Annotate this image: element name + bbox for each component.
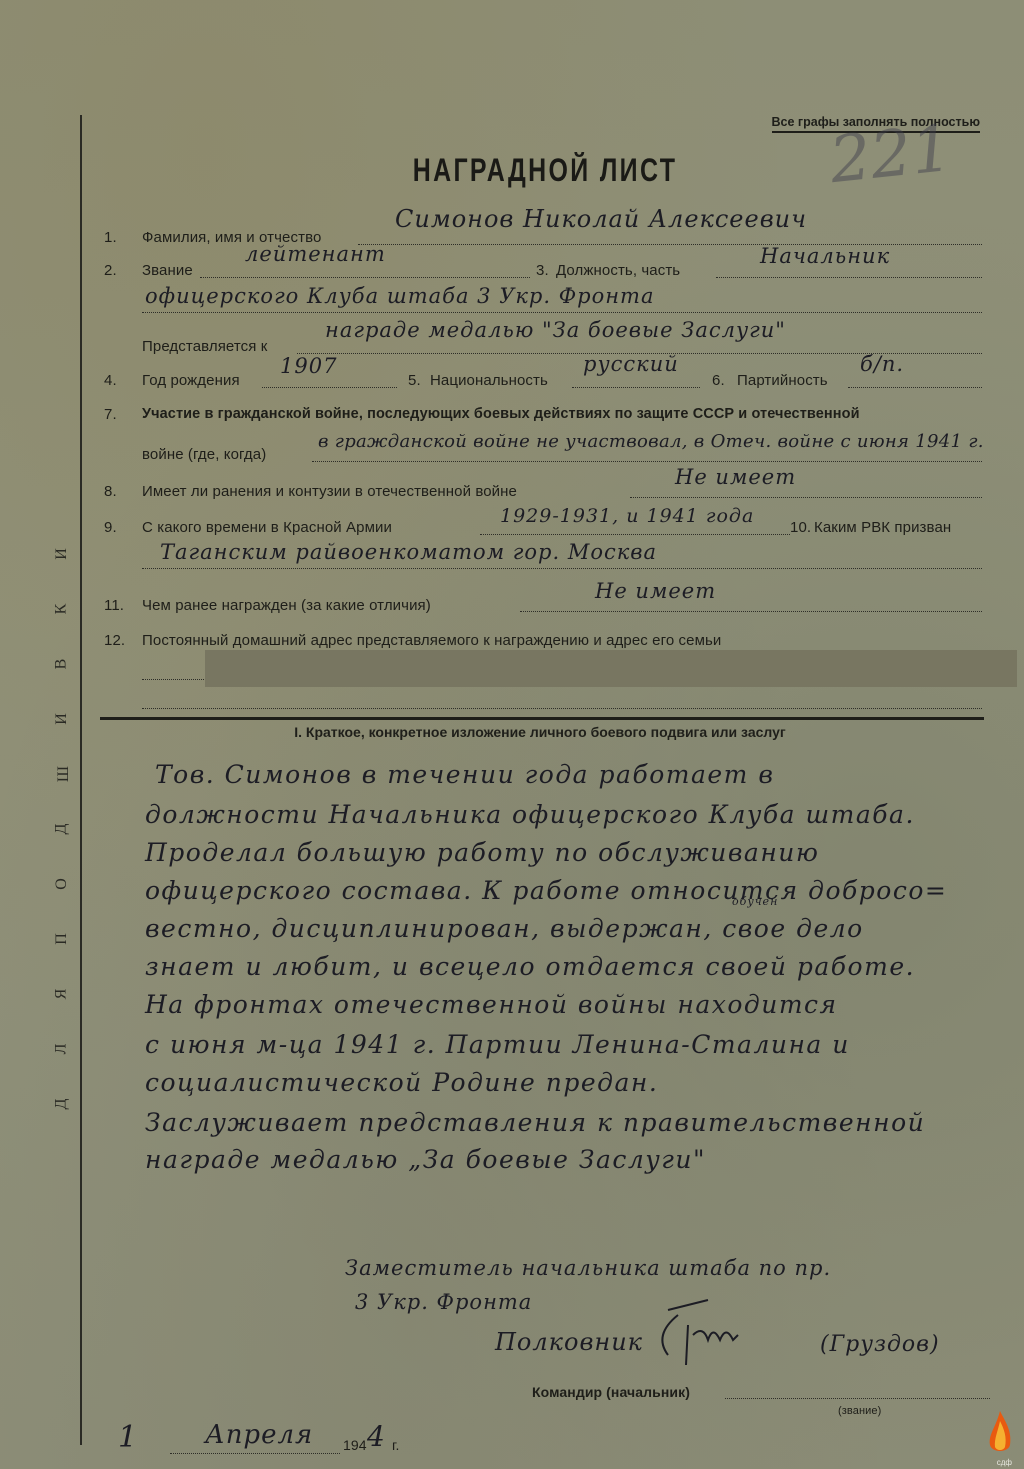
field-9-num: 9. [104, 519, 117, 536]
date-month: Апреля [205, 1420, 313, 1450]
margin-letter: Я [52, 989, 70, 1000]
redacted-address-bar [205, 650, 1017, 687]
field-8-num: 8. [104, 483, 117, 500]
margin-letter: К [52, 604, 70, 615]
field-4-num: 4. [104, 372, 117, 389]
field-3-label: Должность, часть [556, 262, 680, 279]
insertion-note: обучен [732, 895, 778, 908]
field-3-num: 3. [536, 262, 549, 279]
field-7-label: Участие в гражданской войне, последующих… [142, 406, 860, 422]
merit-text-line: На фронтах отечественной войны находится [145, 990, 838, 1019]
field-3-value: Начальник [760, 244, 890, 268]
field-7-label-2: войне (где, когда) [142, 446, 266, 463]
field-9-label: С какого времени в Красной Армии [142, 519, 392, 536]
margin-letter: И [53, 548, 71, 560]
flame-logo-icon [982, 1409, 1018, 1459]
field-7-value: в гражданской войне не участвовал, в Оте… [318, 431, 984, 452]
margin-letter: П [53, 933, 71, 945]
merit-text-line: Тов. Симонов в течении года работает в [155, 760, 774, 789]
field-2-label: Звание [142, 262, 193, 279]
margin-letter: Д [52, 1099, 70, 1110]
margin-letter: Л [52, 1044, 70, 1055]
watermark-text: сдф [997, 1458, 1012, 1467]
section-divider [100, 717, 984, 720]
field-5-num: 5. [408, 372, 421, 389]
merit-text-line: награде медалью „За боевые Заслуги" [145, 1145, 706, 1174]
field-4-label: Год рождения [142, 372, 240, 389]
signer-position-line1: Заместитель начальника штаба по пр. [345, 1256, 831, 1280]
field-2-value: лейтенант [245, 242, 386, 266]
field-6-value: б/п. [860, 352, 904, 376]
margin-letter: Д [52, 824, 70, 835]
field-5-label: Национальность [430, 372, 548, 389]
presented-value: награде медалью "За боевые Заслуги" [325, 318, 786, 342]
signer-position-line2: 3 Укр. Фронта [355, 1290, 532, 1314]
date-day: 1 [118, 1420, 138, 1455]
field-5-value: русский [583, 352, 679, 376]
date-year-digit: 4 [367, 1420, 386, 1453]
field-11-num: 11. [104, 597, 124, 614]
signature-scribble [648, 1295, 748, 1375]
commander-label: Командир (начальник) [532, 1384, 690, 1400]
field-2-num: 2. [104, 262, 117, 279]
date-year-prefix: 194 [343, 1437, 367, 1453]
merit-text-line: с июня м-ца 1941 г. Партии Ленина-Сталин… [145, 1030, 850, 1059]
merit-text-line: должности Начальника офицерского Клуба ш… [145, 800, 915, 829]
section-heading: I. Краткое, конкретное изложение личного… [0, 724, 1024, 740]
merit-text-line: Заслуживает представления к правительств… [145, 1108, 925, 1137]
date-suffix: г. [392, 1437, 400, 1453]
field-10-num: 10. [790, 519, 811, 536]
rank-caption: (звание) [838, 1405, 881, 1417]
merit-text-line: Проделал большую работу по обслуживанию [145, 838, 819, 867]
field-8-value: Не имеет [675, 465, 796, 489]
field-7-num: 7. [104, 406, 117, 423]
field-6-num: 6. [712, 372, 725, 389]
merit-text-line: знает и любит, и всецело отдается своей … [145, 952, 915, 981]
presented-label: Представляется к [142, 338, 267, 355]
field-1-value: Симонов Николай Алексеевич [395, 205, 807, 233]
merit-text-line: вестно, дисциплинирован, выдержан, свое … [145, 914, 864, 943]
field-11-label: Чем ранее награжден (за какие отличия) [142, 597, 431, 614]
field-10-value: Таганским райвоенкоматом гор. Москва [160, 540, 657, 564]
signer-name: (Груздов) [820, 1332, 940, 1357]
merit-text-line: социалистической Родине предан. [145, 1068, 658, 1097]
field-8-label: Имеет ли ранения и контузии в отечествен… [142, 483, 517, 500]
field-11-value: Не имеет [595, 579, 716, 603]
signer-rank: Полковник [495, 1328, 643, 1356]
margin-letter: В [52, 659, 70, 670]
margin-letter: О [53, 878, 71, 890]
field-1-num: 1. [104, 229, 117, 246]
merit-text-line: офицерского состава. К работе относится … [145, 876, 947, 905]
field-12-num: 12. [104, 632, 125, 649]
field-3-value-continued: офицерского Клуба штаба 3 Укр. Фронта [145, 284, 655, 308]
field-6-label: Партийность [737, 372, 828, 389]
binding-margin-line [80, 115, 82, 1445]
field-4-value: 1907 [280, 354, 337, 378]
margin-letter: Ш [55, 766, 73, 782]
field-12-label: Постоянный домашний адрес представляемог… [142, 632, 721, 649]
field-9-value: 1929-1931, и 1941 года [500, 505, 754, 527]
field-10-label: Каким РВК призван [814, 519, 951, 536]
page-title: НАГРАДНОЙ ЛИСТ [120, 152, 970, 189]
